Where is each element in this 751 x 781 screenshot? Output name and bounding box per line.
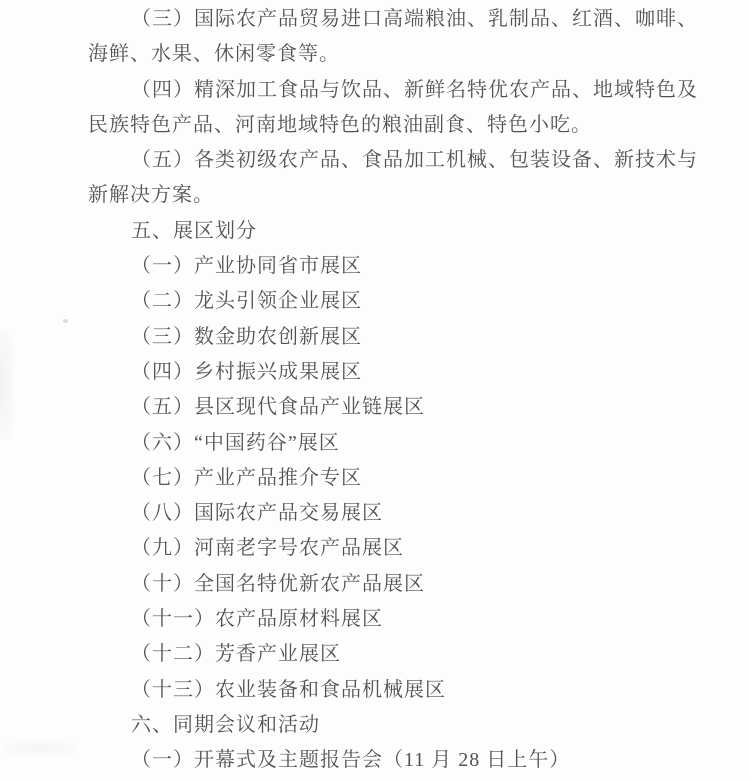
scan-smudge	[0, 330, 14, 440]
text-line-item-3-continuation: 海鲜、水果、休闲零食等。	[88, 37, 691, 72]
text-line-zone-5: （五）县区现代食品产业链展区	[88, 390, 691, 425]
text-line-item-4-processed-foods: （四）精深加工食品与饮品、新鲜名特优农产品、地域特色及	[88, 73, 691, 108]
scan-smudge	[6, 742, 76, 756]
text-line-item-4-continuation: 民族特色产品、河南地域特色的粮油副食、特色小吃。	[88, 108, 691, 143]
text-line-zone-9: （九）河南老字号农产品展区	[88, 531, 691, 566]
document-body: （三）国际农产品贸易进口高端粮油、乳制品、红酒、咖啡、 海鲜、水果、休闲零食等。…	[88, 2, 691, 779]
text-line-item-5-machinery: （五）各类初级农产品、食品加工机械、包装设备、新技术与	[88, 143, 691, 178]
text-line-zone-12: （十二）芳香产业展区	[88, 637, 691, 672]
text-line-zone-10: （十）全国名特优新农产品展区	[88, 567, 691, 602]
text-line-zone-7: （七）产业产品推介专区	[88, 461, 691, 496]
text-line-zone-1: （一）产业协同省市展区	[88, 249, 691, 284]
text-line-zone-3: （三）数金助农创新展区	[88, 320, 691, 355]
text-line-zone-6: （六）“中国药谷”展区	[88, 426, 691, 461]
text-line-item-3-imported-goods: （三）国际农产品贸易进口高端粮油、乳制品、红酒、咖啡、	[88, 2, 691, 37]
text-line-zone-11: （十一）农产品原材料展区	[88, 602, 691, 637]
document-page: （三）国际农产品贸易进口高端粮油、乳制品、红酒、咖啡、 海鲜、水果、休闲零食等。…	[0, 0, 751, 781]
section-heading-5-zone-division: 五、展区划分	[88, 214, 691, 249]
text-line-zone-8: （八）国际农产品交易展区	[88, 496, 691, 531]
scan-speck	[63, 319, 68, 323]
text-line-zone-2: （二）龙头引领企业展区	[88, 284, 691, 319]
text-line-zone-13: （十三）农业装备和食品机械展区	[88, 673, 691, 708]
text-line-zone-4: （四）乡村振兴成果展区	[88, 355, 691, 390]
text-line-item-5-continuation: 新解决方案。	[88, 178, 691, 213]
section-heading-6-concurrent-events: 六、同期会议和活动	[88, 708, 691, 743]
text-line-event-1-opening-ceremony: （一）开幕式及主题报告会（11 月 28 日上午）	[88, 743, 691, 778]
